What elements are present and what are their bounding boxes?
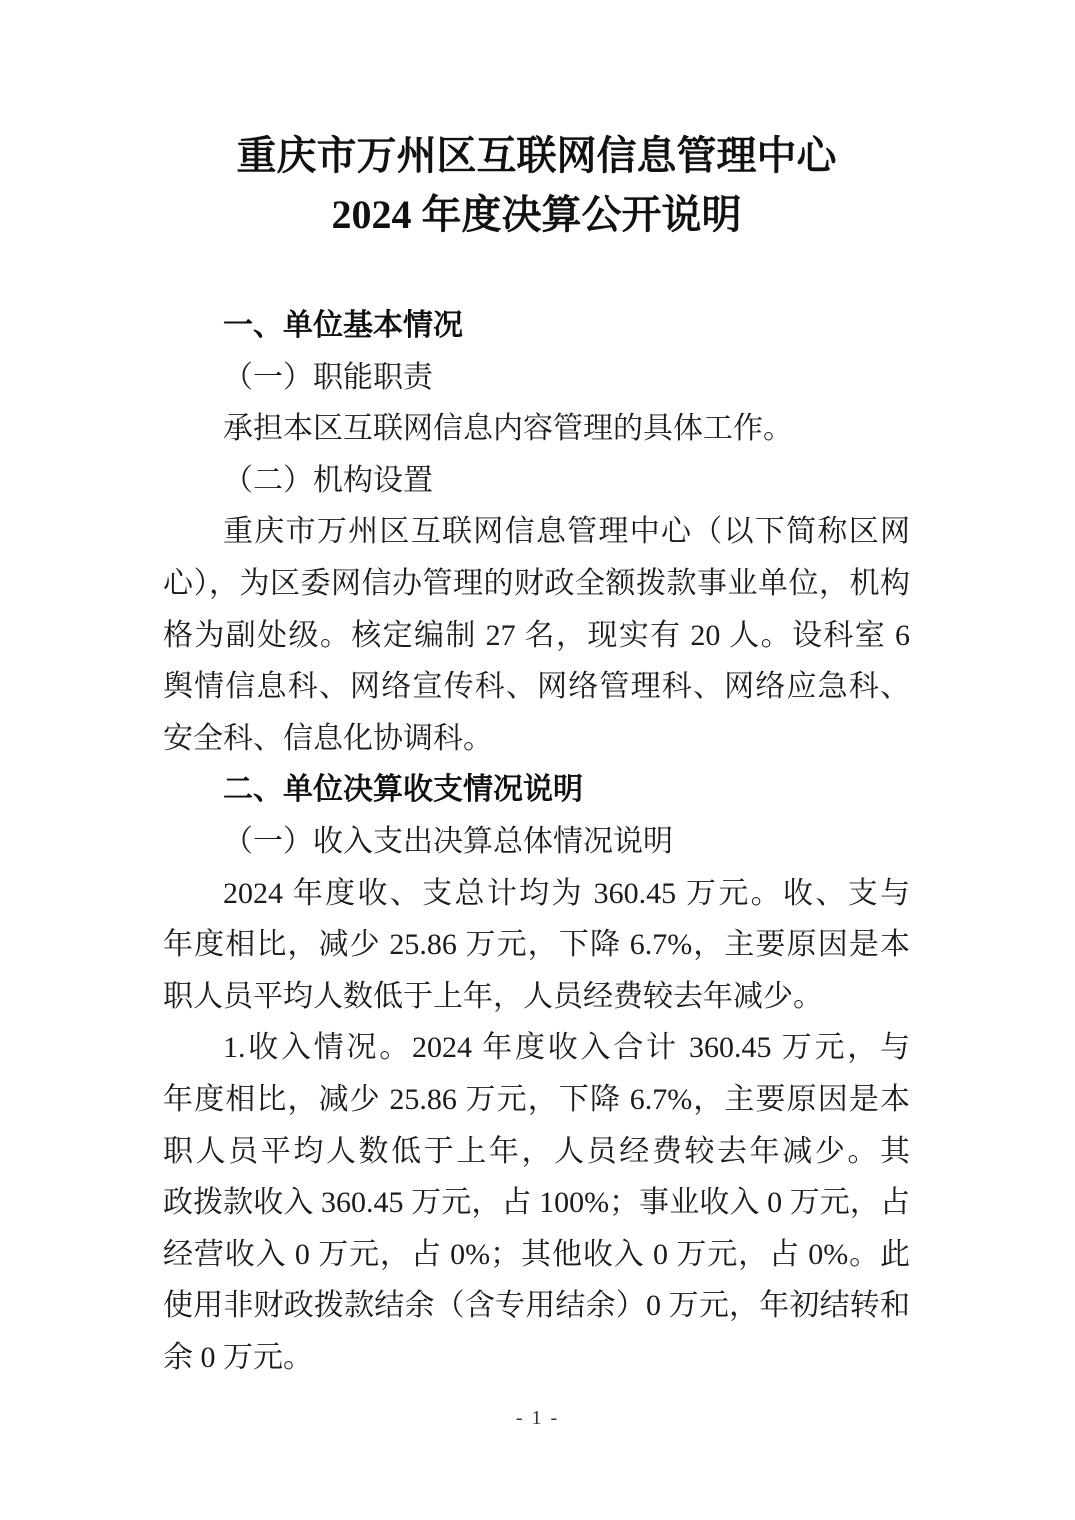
income-body-line: 余 0 万元。	[163, 1332, 910, 1384]
overview-body-line: 年度相比，减少 25.86 万元，下降 6.7%，主要原因是本年在	[163, 919, 910, 971]
organization-body-line: 格为副处级。核定编制 27 名，现实有 20 人。设科室 6 个：	[163, 610, 910, 662]
document-page: 重庆市万州区互联网信息管理中心 2024 年度决算公开说明 一、单位基本情况 （…	[0, 0, 1075, 1520]
document-body: 一、单位基本情况 （一）职能职责 承担本区互联网信息内容管理的具体工作。 （二）…	[163, 300, 910, 1383]
overview-body-line: 2024 年度收、支总计均为 360.45 万元。收、支与 2023	[163, 868, 910, 920]
section-2-heading: 二、单位决算收支情况说明	[163, 764, 910, 816]
document-content: 重庆市万州区互联网信息管理中心 2024 年度决算公开说明 一、单位基本情况 （…	[163, 0, 910, 1383]
income-body-line: 经营收入 0 万元，占 0%；其他收入 0 万元，占 0%。此外，	[163, 1229, 910, 1281]
subheading-organization: （二）机构设置	[163, 455, 910, 507]
overview-body-line: 职人员平均人数低于上年，人员经费较去年减少。	[163, 971, 910, 1023]
organization-body-line: 重庆市万州区互联网信息管理中心（以下简称区网管中	[163, 506, 910, 558]
subheading-overview: （一）收入支出决算总体情况说明	[163, 816, 910, 868]
document-title-line-1: 重庆市万州区互联网信息管理中心	[163, 126, 910, 185]
document-title: 重庆市万州区互联网信息管理中心 2024 年度决算公开说明	[163, 126, 910, 244]
income-body-line: 使用非财政拨款结余（含专用结余）0 万元，年初结转和结	[163, 1280, 910, 1332]
income-body-line: 职人员平均人数低于上年，人员经费较去年减少。其中：财	[163, 1126, 910, 1178]
organization-body-line: 心），为区委网信办管理的财政全额拨款事业单位，机构规	[163, 558, 910, 610]
page-number: - 1 -	[0, 1404, 1075, 1432]
section-budget: 二、单位决算收支情况说明 （一）收入支出决算总体情况说明 2024 年度收、支总…	[163, 764, 910, 1383]
organization-body-line: 安全科、信息化协调科。	[163, 713, 910, 765]
duties-body-line: 承担本区互联网信息内容管理的具体工作。	[163, 403, 910, 455]
section-basic-info: 一、单位基本情况 （一）职能职责 承担本区互联网信息内容管理的具体工作。 （二）…	[163, 300, 910, 764]
section-1-heading: 一、单位基本情况	[163, 300, 910, 352]
income-body-line: 年度相比，减少 25.86 万元，下降 6.7%，主要原因是本年在	[163, 1074, 910, 1126]
subheading-duties: （一）职能职责	[163, 352, 910, 404]
document-title-line-2: 2024 年度决算公开说明	[163, 185, 910, 244]
income-body-line: 政拨款收入 360.45 万元，占 100%；事业收入 0 万元，占 0%；	[163, 1177, 910, 1229]
income-body-line: 1.收入情况。2024 年度收入合计 360.45 万元，与 2023	[163, 1022, 910, 1074]
organization-body-line: 舆情信息科、网络宣传科、网络管理科、网络应急科、网络	[163, 661, 910, 713]
